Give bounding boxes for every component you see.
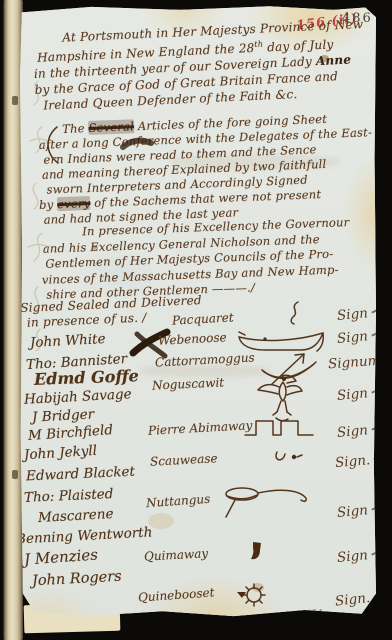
witness-signature: Tho: Plaisted [24, 486, 114, 506]
struck-word: every [57, 196, 91, 211]
date-heading-paragraph: At Portsmouth in Her Majestys Province o… [32, 16, 367, 114]
witness-signature: John Jekyll [24, 443, 98, 463]
ink-smear-icon [120, 135, 154, 153]
sachem-name: Pierre Abimaway [148, 418, 253, 437]
witness-signature: John Rogers [32, 569, 122, 590]
sign-label: Sign [336, 421, 383, 441]
manuscript-page: 156 (ii) 486 484 At Portsmouth in Her Ma… [20, 5, 376, 618]
sign-label: Sign. [334, 588, 386, 609]
zigzag-mark-icon [243, 415, 315, 439]
witness-signature: Edward Blacket [26, 464, 136, 485]
sign-label: Sign [336, 384, 383, 404]
witness-signature: M Birchfield [28, 422, 114, 444]
line-text: The [62, 121, 89, 136]
sachem-name: Quimaway [144, 546, 209, 563]
witness-signature: Benning Wentworth [16, 524, 153, 547]
witness-signature: John White [30, 331, 106, 351]
struck-word: Several [88, 119, 134, 135]
witness-signature: J Bridger [32, 406, 95, 425]
sachem-name: Pacquaret [172, 310, 234, 327]
sign-label: Sign [336, 546, 383, 566]
sign-label: Signum [328, 352, 392, 373]
sachem-name: Scauwease [150, 451, 218, 469]
sachem-name: Noguscawit [152, 375, 225, 392]
sachem-name: Quinebooset [138, 585, 215, 604]
witness-signature: Edmd Goffe [34, 366, 139, 389]
squiggle-mark-icon [286, 300, 302, 326]
queen-name: Anne [316, 53, 352, 69]
photo-backdrop: { "folio": { "red_number": "156 (ii)", "… [0, 0, 392, 640]
sachem-name: Nuttangus [146, 492, 211, 510]
witness-signature: J Menzies [23, 545, 98, 568]
binding-stitch [12, 470, 18, 479]
boot-mark-icon [248, 540, 264, 564]
pencil-page-number: 484 [306, 609, 324, 620]
sachem-name: Webenoose [158, 330, 227, 348]
witness-signature: Mascarene [38, 506, 114, 526]
sign-label: Sign [336, 304, 383, 324]
sign-label: Sign [336, 327, 383, 347]
sun-mark-icon [235, 580, 271, 610]
pipe-mark-icon [222, 483, 310, 523]
sign-label: Sign. [334, 451, 385, 471]
curve-and-dot-mark-icon [272, 447, 306, 465]
sign-label: Sign [336, 501, 383, 521]
book-binding [3, 0, 23, 640]
binding-stitch [12, 96, 18, 105]
presence-paragraph: In presence of his Excellency the Govern… [36, 215, 352, 303]
ratification-paragraph: The Several Articles of the fore going S… [36, 110, 375, 228]
line-text: by [39, 197, 58, 212]
witness-signature: Habijah Savage [24, 386, 132, 408]
